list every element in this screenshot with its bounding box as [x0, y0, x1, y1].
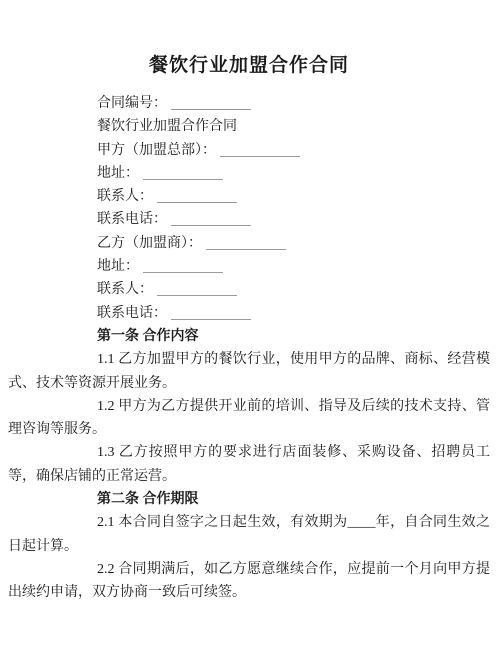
party-a-address-label: 地址：: [97, 166, 139, 181]
party-a-address-blank: [143, 165, 223, 180]
party-b-address-label: 地址：: [97, 259, 139, 274]
party-a-phone-blank: [171, 211, 251, 226]
field-contract-number: 合同编号：: [8, 92, 490, 115]
field-party-b-address: 地址：: [8, 255, 490, 278]
contract-number-blank: [171, 95, 251, 110]
document-title: 餐饮行业加盟合作合同: [8, 52, 490, 80]
party-a-phone-label: 联系电话：: [97, 212, 167, 227]
subtitle-text: 餐饮行业加盟合作合同: [97, 119, 237, 134]
field-party-a: 甲方（加盟总部）：: [8, 139, 490, 162]
party-b-phone-blank: [171, 305, 251, 320]
party-b-blank: [206, 235, 286, 250]
party-b-address-blank: [143, 258, 223, 273]
party-a-blank: [220, 142, 300, 157]
section-1-heading: 第一条 合作内容: [8, 325, 490, 348]
clause-1-1: 1.1 乙方加盟甲方的餐饮行业，使用甲方的品牌、商标、经营模式、技术等资源开展业…: [8, 348, 490, 395]
party-a-contact-blank: [157, 188, 237, 203]
field-party-a-phone: 联系电话：: [8, 208, 490, 231]
party-a-contact-label: 联系人：: [97, 189, 153, 204]
party-b-label: 乙方（加盟商）：: [97, 236, 202, 251]
party-b-contact-label: 联系人：: [97, 282, 153, 297]
party-b-contact-blank: [157, 281, 237, 296]
field-party-b: 乙方（加盟商）：: [8, 232, 490, 255]
field-party-b-contact: 联系人：: [8, 278, 490, 301]
contract-document: 餐饮行业加盟合作合同 合同编号： 餐饮行业加盟合作合同 甲方（加盟总部）： 地址…: [0, 0, 500, 647]
clause-1-2: 1.2 甲方为乙方提供开业前的培训、指导及后续的技术支持、管理咨询等服务。: [8, 395, 490, 442]
contract-number-label: 合同编号：: [97, 96, 167, 111]
clause-2-2: 2.2 合同期满后，如乙方愿意继续合作，应提前一个月向甲方提出续约申请，双方协商…: [8, 558, 490, 605]
clause-1-3: 1.3 乙方按照甲方的要求进行店面装修、采购设备、招聘员工等，确保店铺的正常运营…: [8, 441, 490, 488]
party-a-label: 甲方（加盟总部）：: [97, 143, 216, 158]
clause-2-1: 2.1 本合同自签字之日起生效，有效期为____年，自合同生效之日起计算。: [8, 511, 490, 558]
field-party-a-contact: 联系人：: [8, 185, 490, 208]
field-party-a-address: 地址：: [8, 162, 490, 185]
party-b-phone-label: 联系电话：: [97, 306, 167, 321]
field-party-b-phone: 联系电话：: [8, 302, 490, 325]
section-2-heading: 第二条 合作期限: [8, 488, 490, 511]
page: { "page": { "background": "#ffffff", "te…: [0, 0, 500, 647]
document-subtitle: 餐饮行业加盟合作合同: [8, 115, 490, 138]
